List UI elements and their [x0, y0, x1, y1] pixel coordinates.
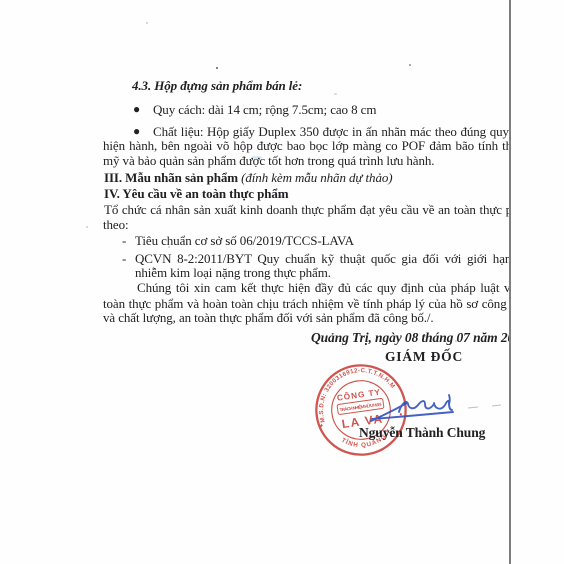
commitment-line: Chúng tôi xin cam kết thực hiện đầy đủ c…: [137, 280, 511, 295]
document-text-region: 4.3. Hộp đựng sản phẩm bán lẻ: ●Quy cách…: [0, 0, 511, 564]
bullet-icon: ●: [133, 124, 153, 139]
bullet-text: Quy cách: dài 14 cm; rộng 7.5cm; cao 8 c…: [153, 102, 376, 117]
paragraph-line: Tổ chức cá nhân sản xuất kinh doanh thực…: [104, 202, 511, 217]
list-item: -Tiêu chuẩn cơ sở số 06/2019/TCCS-LAVA: [122, 233, 354, 248]
dash-icon: -: [122, 233, 135, 248]
commitment-line: toàn thực phẩm và hoàn toàn chịu trách n…: [103, 296, 511, 311]
paragraph-line: hiện hành, bên ngoài võ hộp được bao bọc…: [103, 138, 511, 153]
bullet-item-chat-lieu: ●Chất liệu: Hộp giấy Duplex 350 được in …: [133, 124, 511, 139]
place-date-line: Quảng Trị, ngày 08 tháng 07 năm 201: [311, 330, 511, 345]
paragraph-line: mỹ và bảo quản sản phẩm được tốt hơn tro…: [103, 153, 434, 168]
section-4-3-heading: 4.3. Hộp đựng sản phẩm bán lẻ:: [132, 78, 302, 93]
heading-italic-part: (đính kèm mẫu nhãn dự thảo): [238, 170, 393, 185]
bullet-icon: ●: [133, 102, 153, 117]
list-item-continuation: nhiễm kim loại nặng trong thực phẩm.: [135, 265, 331, 280]
heading-bold-part: III. Mẫu nhãn sản phẩm: [104, 170, 238, 185]
signature-handwriting: [338, 378, 504, 434]
commitment-line: và chất lượng, an toàn thực phẩm đối với…: [103, 310, 434, 325]
section-IV-heading: IV. Yêu cầu về an toàn thực phẩm: [104, 186, 288, 201]
list-item: -QCVN 8-2:2011/BYT Quy chuẩn kỹ thuật qu…: [122, 251, 511, 266]
list-item-text: QCVN 8-2:2011/BYT Quy chuẩn kỹ thuật quố…: [135, 251, 511, 266]
list-item-text: Tiêu chuẩn cơ sở số 06/2019/TCCS-LAVA: [135, 233, 354, 248]
bullet-text: Chất liệu: Hộp giấy Duplex 350 được in ấ…: [153, 124, 511, 139]
scanned-document-page: M.S.D.N: 3200316912-C.T.T.N.H.M TỈNH QUẢ…: [0, 0, 564, 564]
bullet-item-quy-cach: ●Quy cách: dài 14 cm; rộng 7.5cm; cao 8 …: [133, 102, 376, 117]
scan-page-edge-line: [509, 0, 511, 564]
dash-icon: -: [122, 251, 135, 266]
signature-graphic: [338, 378, 504, 434]
paragraph-line: theo:: [103, 217, 129, 232]
section-III-heading: III. Mẫu nhãn sản phẩm (đính kèm mẫu nhã…: [104, 170, 393, 185]
signer-title: GIÁM ĐỐC: [385, 349, 463, 364]
